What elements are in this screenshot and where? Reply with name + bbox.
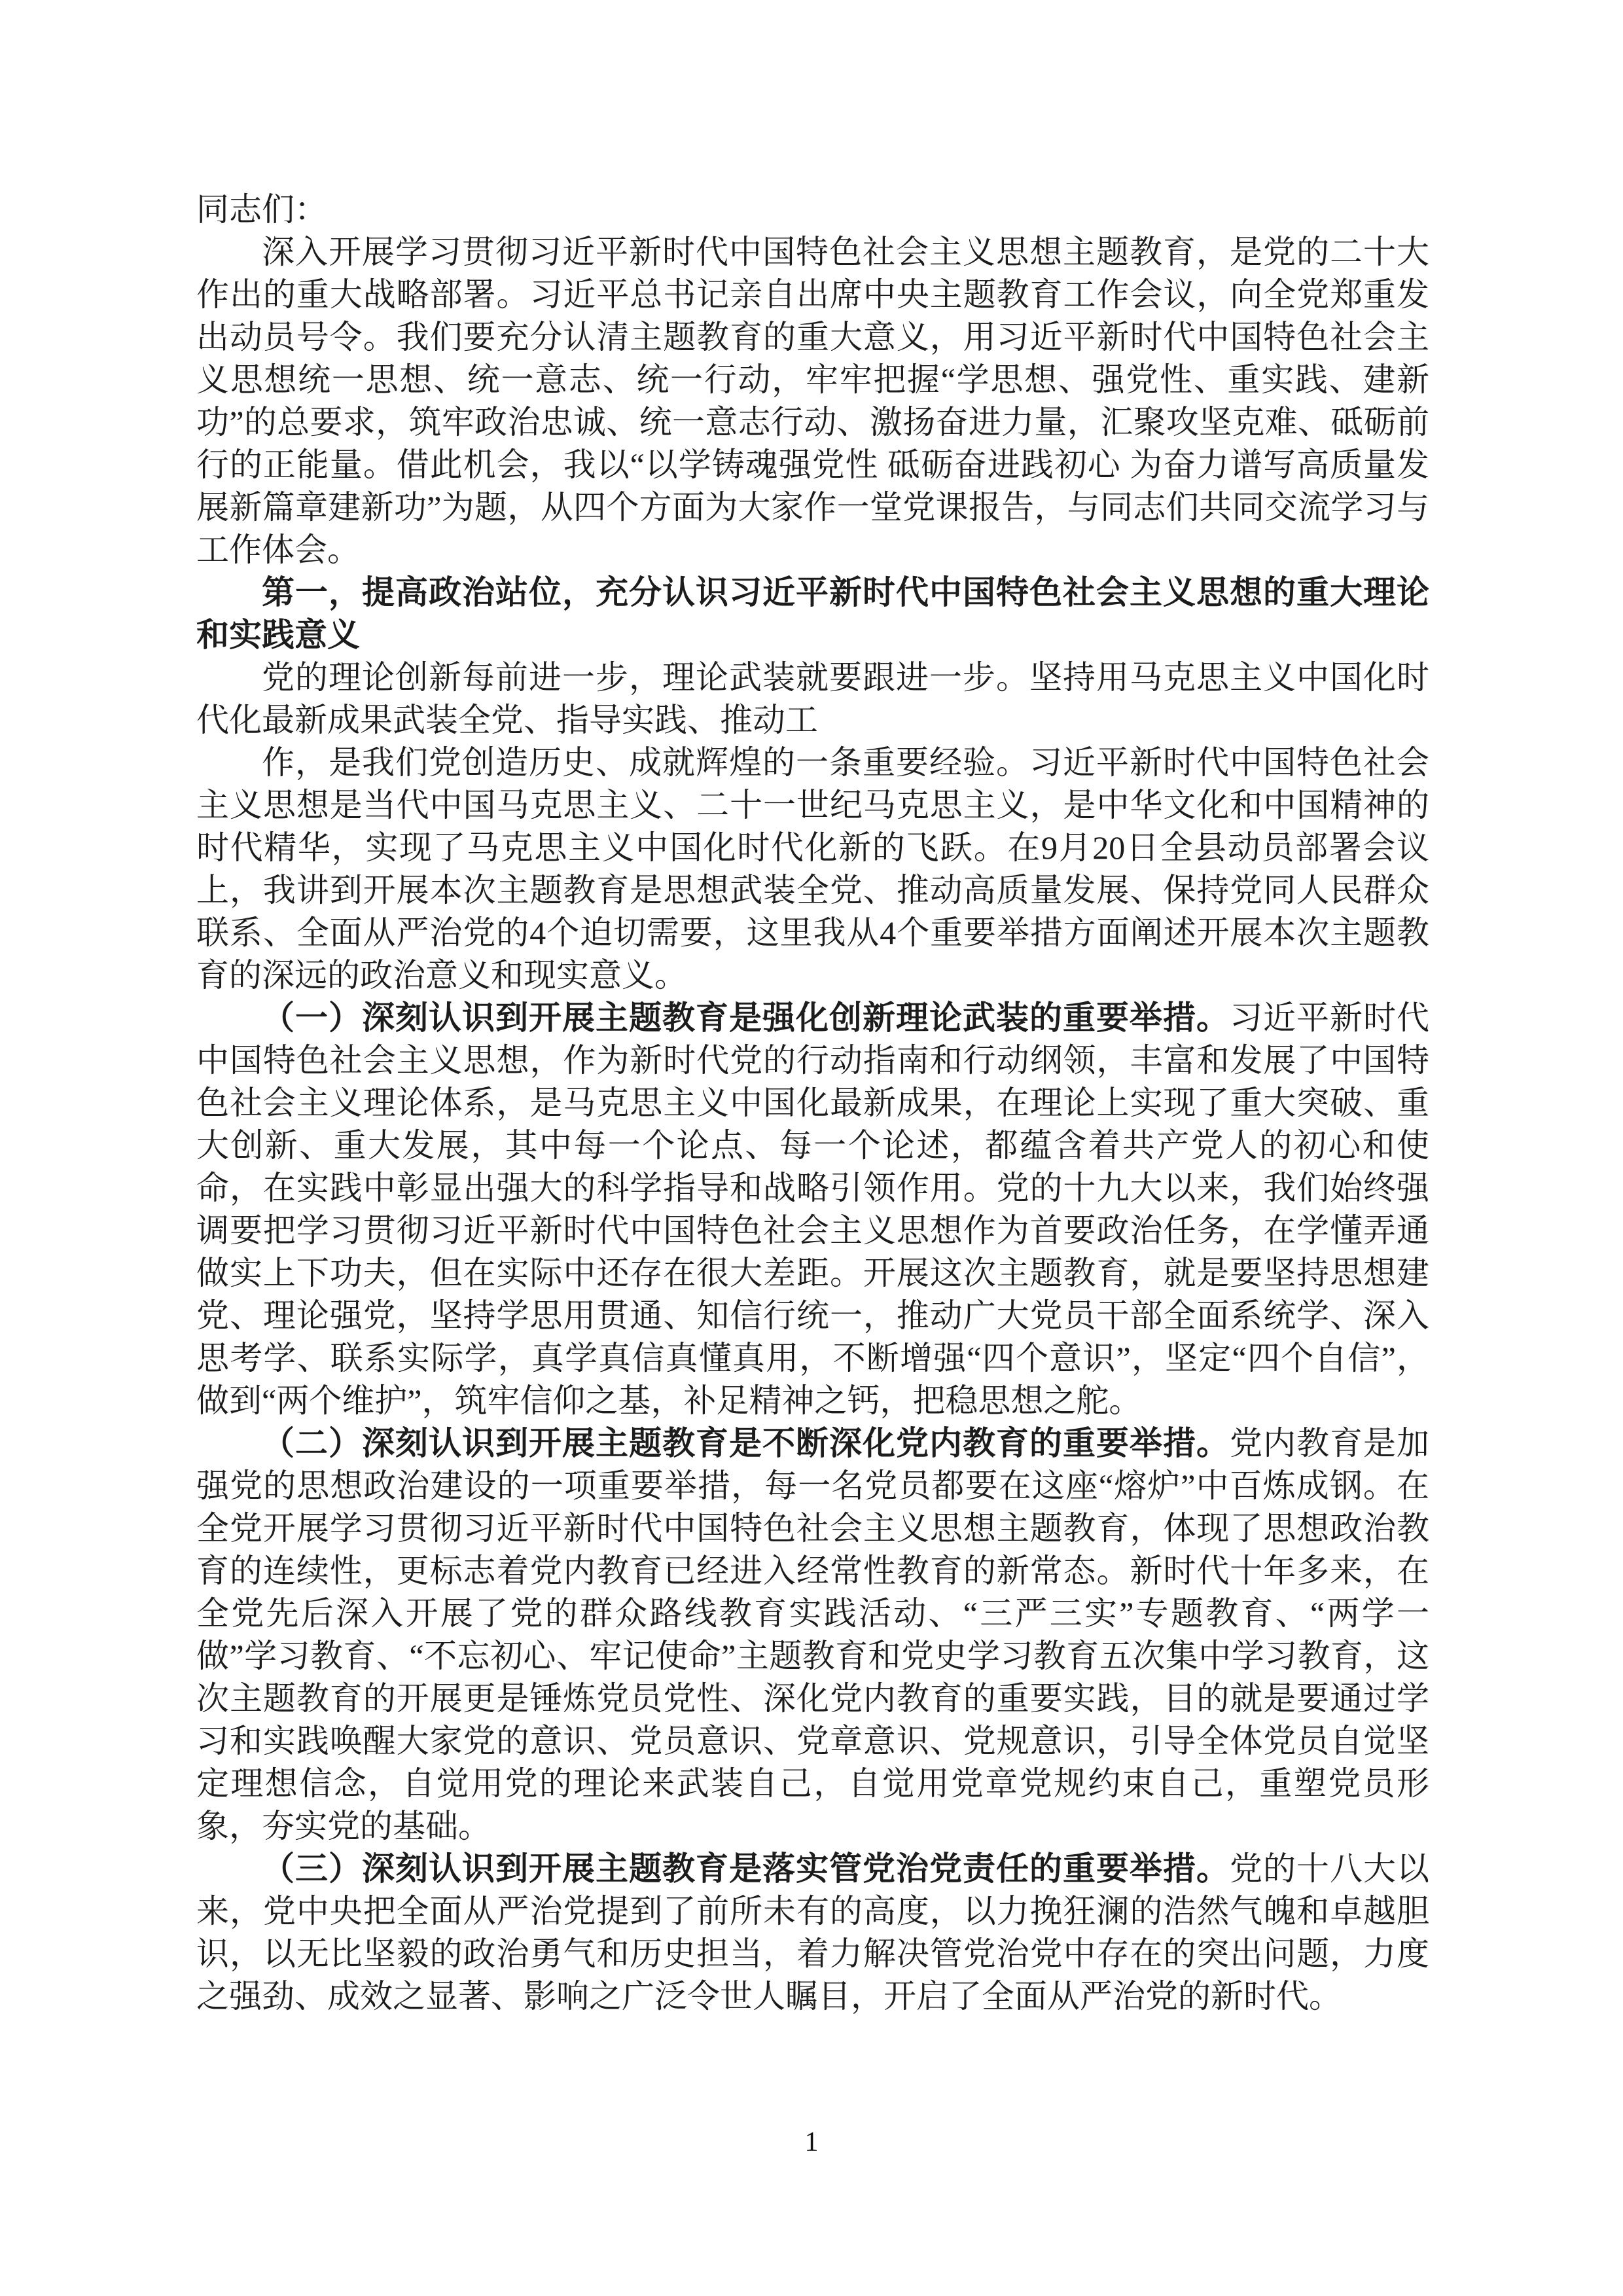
- document-page: 同志们： 深入开展学习贯彻习近平新时代中国特色社会主义思想主题教育，是党的二十大…: [0, 0, 1623, 2296]
- salutation: 同志们：: [196, 188, 1429, 231]
- document-body: 同志们： 深入开展学习贯彻习近平新时代中国特色社会主义思想主题教育，是党的二十大…: [196, 188, 1429, 2018]
- salutation-text: 同志们：: [196, 191, 327, 228]
- point-1-body: 习近平新时代中国特色社会主义思想，作为新时代党的行动指南和行动纲领，丰富和发展了…: [196, 999, 1429, 1419]
- intro-paragraph: 深入开展学习贯彻习近平新时代中国特色社会主义思想主题教育，是党的二十大作出的重大…: [196, 231, 1429, 571]
- point-2-body: 党内教育是加强党的思想政治建设的一项重要举措，每一名党员都要在这座“熔炉”中百炼…: [196, 1425, 1429, 1844]
- point-2-lead: （二）深刻认识到开展主题教育是不断深化党内教育的重要举措。: [262, 1425, 1230, 1462]
- point-2-paragraph: （二）深刻认识到开展主题教育是不断深化党内教育的重要举措。党内教育是加强党的思想…: [196, 1422, 1429, 1848]
- page-number: 1: [0, 2126, 1623, 2159]
- theory-paragraph-1-text: 党的理论创新每前进一步，理论武装就要跟进一步。坚持用马克思主义中国化时代化最新成…: [196, 659, 1429, 738]
- intro-text: 深入开展学习贯彻习近平新时代中国特色社会主义思想主题教育，是党的二十大作出的重大…: [196, 234, 1429, 568]
- point-3-lead: （三）深刻认识到开展主题教育是落实管党治党责任的重要举措。: [262, 1850, 1230, 1887]
- point-1-paragraph: （一）深刻认识到开展主题教育是强化创新理论武装的重要举措。习近平新时代中国特色社…: [196, 997, 1429, 1422]
- theory-paragraph-2-text: 作，是我们党创造历史、成就辉煌的一条重要经验。习近平新时代中国特色社会主义思想是…: [196, 744, 1429, 994]
- point-1-lead: （一）深刻认识到开展主题教育是强化创新理论武装的重要举措。: [262, 999, 1230, 1036]
- point-3-paragraph: （三）深刻认识到开展主题教育是落实管党治党责任的重要举措。党的十八大以来，党中央…: [196, 1848, 1429, 2018]
- section-heading-1: 第一，提高政治站位，充分认识习近平新时代中国特色社会主义思想的重大理论和实践意义: [196, 571, 1429, 656]
- theory-paragraph-1: 党的理论创新每前进一步，理论武装就要跟进一步。坚持用马克思主义中国化时代化最新成…: [196, 656, 1429, 742]
- theory-paragraph-2: 作，是我们党创造历史、成就辉煌的一条重要经验。习近平新时代中国特色社会主义思想是…: [196, 742, 1429, 997]
- section-heading-1-text: 第一，提高政治站位，充分认识习近平新时代中国特色社会主义思想的重大理论和实践意义: [196, 574, 1429, 653]
